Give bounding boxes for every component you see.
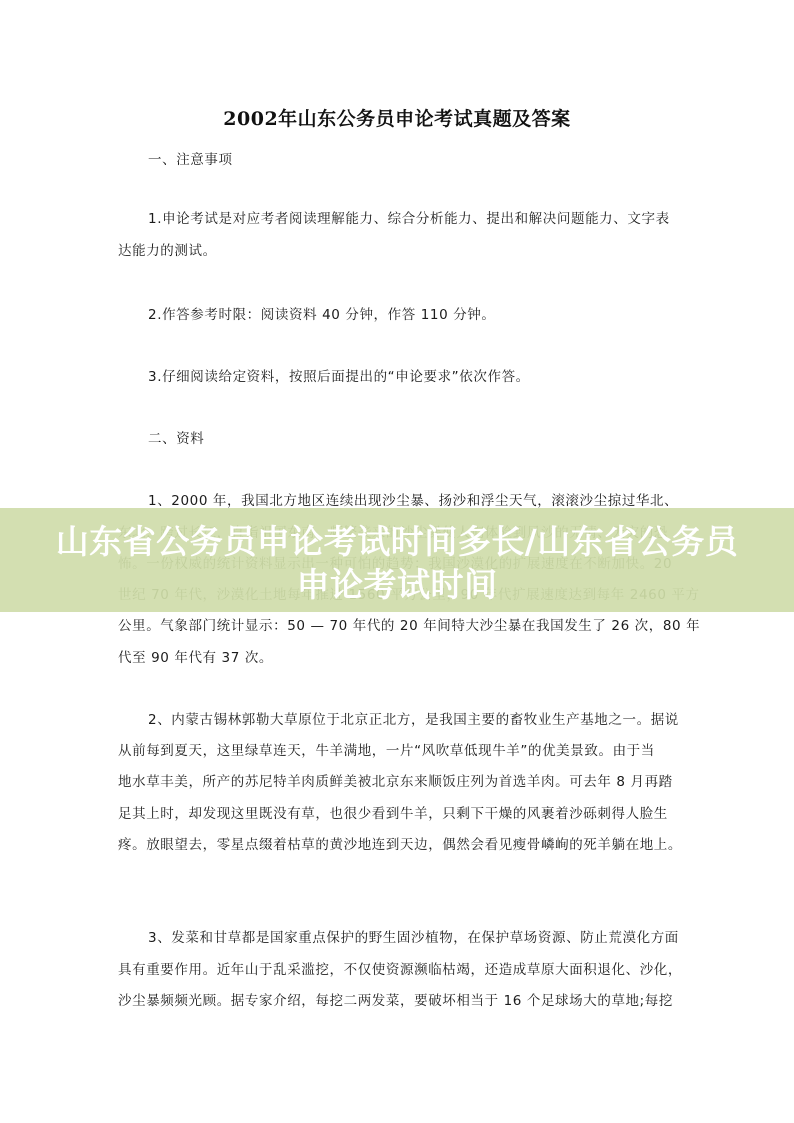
material-2-line-1: 2、内蒙古锡林郭勒大草原位于北京正北方，是我国主要的畜牧业生产基地之一。据说 <box>148 708 679 728</box>
notes-item-2: 2.作答参考时限：阅读资料 40 分钟，作答 110 分钟。 <box>148 303 496 323</box>
banner-title-line-1: 山东省公务员申论考试时间多长/山东省公务员 <box>0 520 794 563</box>
material-3-line-2: 具有重要作用。近年山于乱采滥挖，不仅使资源濒临枯竭，还造成草原大面积退化、沙化， <box>118 958 682 978</box>
section-heading-materials: 二、资料 <box>148 427 204 447</box>
section-heading-notes: 一、注意事项 <box>148 148 233 168</box>
material-1-line-1: 1、2000 年，我国北方地区连续出现沙尘暴、扬沙和浮尘天气，滚滚沙尘掠过华北、 <box>148 489 678 509</box>
material-2-line-2: 从前每到夏天，这里绿草连天，牛羊满地，一片“风吹草低现牛羊”的优美景致。由于当 <box>118 739 655 759</box>
document-page: 2002年山东公务员申论考试真题及答案 一、注意事项 1.申论考试是对应考者阅读… <box>0 0 794 1123</box>
material-3-line-3: 沙尘暴频频光顾。据专家介绍，每挖二两发菜，要破坏相当于 16 个足球场大的草地;… <box>118 989 673 1009</box>
material-2-line-3: 地水草丰美，所产的苏尼特羊肉质鲜美被北京东来顺饭庄列为首选羊肉。可去年 8 月再… <box>118 770 673 790</box>
document-title: 2002年山东公务员申论考试真题及答案 <box>0 104 794 131</box>
material-1-line-5: 公里。气象部门统计显示：50 — 70 年代的 20 年间特大沙尘暴在我国发生了… <box>118 614 700 634</box>
material-2-line-5: 疼。放眼望去，零星点缀着枯草的黄沙地连到天边，偶然会看见瘦骨嶙峋的死羊躺在地上。 <box>118 833 682 853</box>
material-2-line-4: 足其上时，却发现这里既没有草，也很少看到牛羊，只剩下干燥的风裹着沙砾刺得人脸生 <box>118 802 668 822</box>
material-3-line-1: 3、发菜和甘草都是国家重点保护的野生固沙植物，在保护草场资源、防止荒漠化方面 <box>148 926 679 946</box>
material-1-line-6: 代至 90 年代有 37 次。 <box>118 646 273 666</box>
notes-item-1-line-2: 达能力的测试。 <box>118 239 217 259</box>
banner-title: 山东省公务员申论考试时间多长/山东省公务员 申论考试时间 <box>0 520 794 606</box>
banner-title-line-2: 申论考试时间 <box>0 563 794 606</box>
notes-item-3: 3.仔细阅读给定资料，按照后面提出的“申论要求”依次作答。 <box>148 365 530 385</box>
notes-item-1-line-1: 1.申论考试是对应考者阅读理解能力、综合分析能力、提出和解决问题能力、文字表 <box>148 207 670 227</box>
